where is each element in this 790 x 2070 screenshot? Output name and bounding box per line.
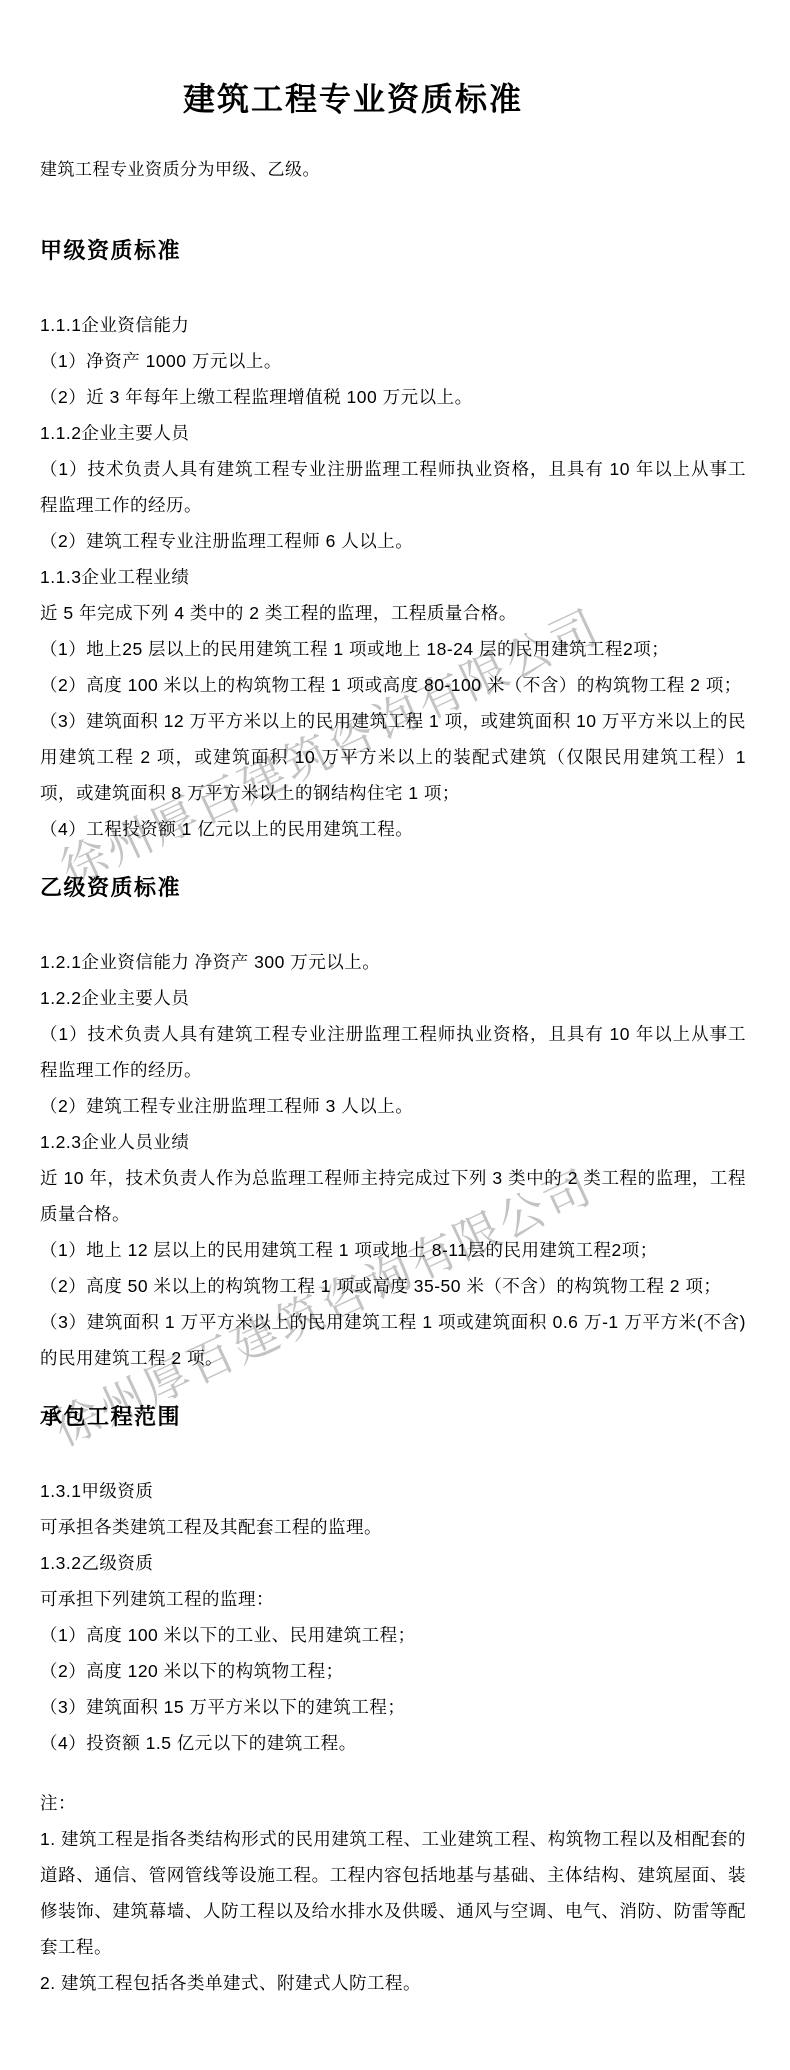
section-heading-grade-a: 甲级资质标准 [40,234,746,265]
subsection-1-2-3: 1.2.3企业人员业绩 [40,1124,746,1160]
notes-heading: 注： [40,1785,746,1821]
note-item: 1. 建筑工程是指各类结构形式的民用建筑工程、工业建筑工程、构筑物工程以及相配套… [40,1821,746,1965]
intro-paragraph: 建筑工程专业资质分为甲级、乙级。 [40,158,746,182]
clause: （2）高度 100 米以上的构筑物工程 1 项或高度 80-100 米（不含）的… [40,667,746,703]
clause-intro: 近 10 年，技术负责人作为总监理工程师主持完成过下列 3 类中的 2 类工程的… [40,1160,746,1232]
subsection-1-1-3: 1.1.3企业工程业绩 [40,559,746,595]
clause: （2）高度 120 米以下的构筑物工程； [40,1653,746,1689]
clause: （2）建筑工程专业注册监理工程师 3 人以上。 [40,1088,746,1124]
clause: （1）高度 100 米以下的工业、民用建筑工程； [40,1617,746,1653]
clause: （4）投资额 1.5 亿元以下的建筑工程。 [40,1725,746,1761]
clause: （3）建筑面积 15 万平方米以下的建筑工程； [40,1689,746,1725]
clause: （2）建筑工程专业注册监理工程师 6 人以上。 [40,523,746,559]
document-content: 建筑工程专业资质标准 建筑工程专业资质分为甲级、乙级。 甲级资质标准 1.1.1… [0,0,790,2021]
section-heading-grade-b: 乙级资质标准 [40,871,746,902]
note-item: 2. 建筑工程包括各类单建式、附建式人防工程。 [40,1965,746,2001]
clause: （4）工程投资额 1 亿元以上的民用建筑工程。 [40,811,746,847]
clause: （3）建筑面积 12 万平方米以上的民用建筑工程 1 项，或建筑面积 10 万平… [40,703,746,811]
clause-intro: 可承担下列建筑工程的监理： [40,1581,746,1617]
subsection-1-1-2: 1.1.2企业主要人员 [40,415,746,451]
subsection-1-1-1: 1.1.1企业资信能力 [40,307,746,343]
document-page: 徐州厚百建筑咨询有限公司 徐州厚百建筑咨询有限公司 建筑工程专业资质标准 建筑工… [0,0,790,2070]
clause: （3）建筑面积 1 万平方米以上的民用建筑工程 1 项或建筑面积 0.6 万-1… [40,1304,746,1376]
subsection-1-2-1: 1.2.1企业资信能力 净资产 300 万元以上。 [40,944,746,980]
subsection-1-2-2: 1.2.2企业主要人员 [40,980,746,1016]
clause: 可承担各类建筑工程及其配套工程的监理。 [40,1509,746,1545]
clause: （1）技术负责人具有建筑工程专业注册监理工程师执业资格，且具有 10 年以上从事… [40,1016,746,1088]
clause-intro: 近 5 年完成下列 4 类中的 2 类工程的监理，工程质量合格。 [40,595,746,631]
page-title: 建筑工程专业资质标准 [0,74,706,120]
clause: （2）高度 50 米以上的构筑物工程 1 项或高度 35-50 米（不含）的构筑… [40,1268,746,1304]
subsection-1-3-2: 1.3.2乙级资质 [40,1545,746,1581]
clause: （1）技术负责人具有建筑工程专业注册监理工程师执业资格，且具有 10 年以上从事… [40,451,746,523]
subsection-1-3-1: 1.3.1甲级资质 [40,1473,746,1509]
clause: （1）地上25 层以上的民用建筑工程 1 项或地上 18-24 层的民用建筑工程… [40,631,746,667]
clause: （1）净资产 1000 万元以上。 [40,343,746,379]
section-heading-scope: 承包工程范围 [40,1400,746,1431]
clause: （2）近 3 年每年上缴工程监理增值税 100 万元以上。 [40,379,746,415]
clause: （1）地上 12 层以上的民用建筑工程 1 项或地上 8-11层的民用建筑工程2… [40,1232,746,1268]
